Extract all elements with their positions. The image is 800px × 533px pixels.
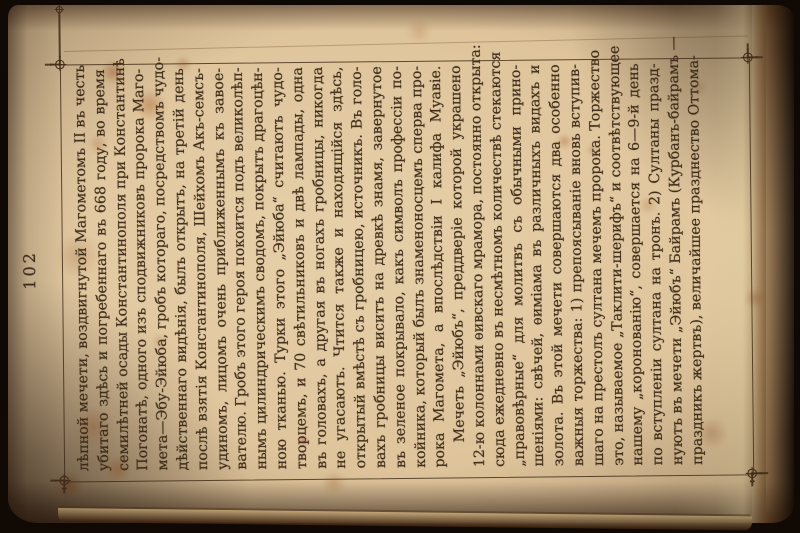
corner-ornament-icon [50,54,70,74]
text-line: праздникъ жертвъ), величайшее празднеств… [685,63,709,465]
corner-ornament-icon [742,463,762,483]
printed-area: лѣпной мечети, воздвигнутой Магометомъ I… [0,0,800,533]
corner-ornament-icon [738,47,758,67]
page-number: 102 [20,248,40,292]
rule-finial-icon [53,3,65,15]
book-photo: лѣпной мечети, воздвигнутой Магометомъ I… [0,0,800,533]
corner-ornament-icon [54,470,74,490]
page-text: лѣпной мечети, воздвигнутой Магометомъ I… [71,63,709,472]
